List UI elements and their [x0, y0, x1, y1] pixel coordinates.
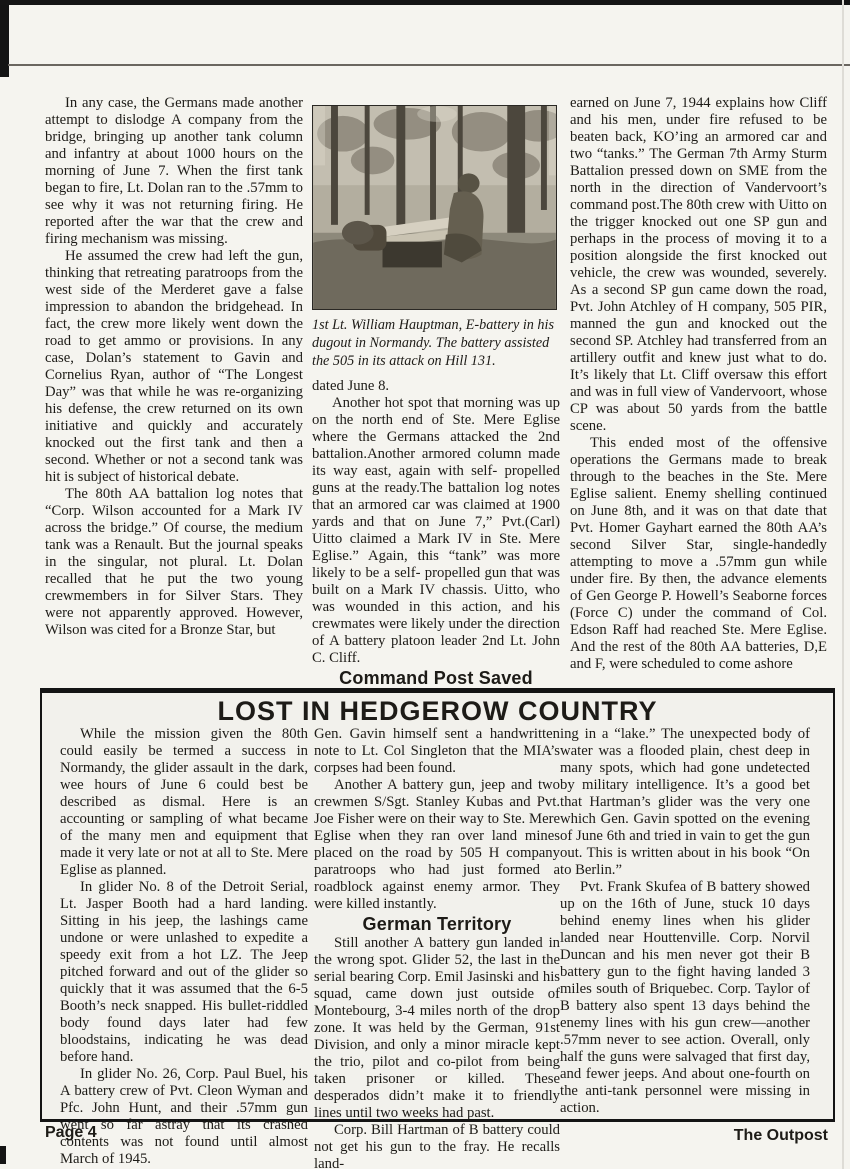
paragraph: In any case, the Germans made another at… — [45, 95, 303, 248]
photo-figure: 1st Lt. William Hauptman, E-battery in h… — [312, 105, 560, 370]
box-column-1: While the mission given the 80th could e… — [60, 726, 308, 1168]
newsletter-page-scan: { "article": { "col1": [ "In any case, t… — [0, 0, 850, 1169]
hedgerow-country-box: LOST IN HEDGEROW COUNTRY While the missi… — [40, 688, 835, 1122]
paragraph: In glider No. 8 of the Detroit Serial, L… — [60, 879, 308, 1066]
subhead-german-territory: German Territory — [314, 913, 560, 935]
paragraph: Another A battery gun, jeep and two crew… — [314, 777, 560, 913]
dugout-photo — [312, 105, 557, 310]
paragraph-continuation: dated June 8. — [312, 378, 560, 395]
paragraph: Still another A battery gun landed in th… — [314, 935, 560, 1122]
article-column-1: In any case, the Germans made another at… — [45, 95, 303, 639]
paragraph: Corp. Bill Hartman of B battery could no… — [314, 1122, 560, 1169]
paragraph: Pvt. Frank Skufea of B battery showed up… — [560, 879, 810, 1117]
box-column-3: ing in a “lake.” The unexpected body of … — [560, 726, 810, 1117]
article-column-3: earned on June 7, 1944 explains how Clif… — [570, 95, 827, 673]
publication-name: The Outpost — [570, 1127, 828, 1145]
paragraph: In glider No. 26, Corp. Paul Buel, his A… — [60, 1066, 308, 1168]
photo-caption: 1st Lt. William Hauptman, E-battery in h… — [312, 316, 560, 370]
paragraph: This ended most of the offensive operati… — [570, 435, 827, 673]
page-number: Page 4 — [45, 1124, 97, 1142]
subhead-command-post-saved: Command Post Saved — [312, 667, 560, 689]
paragraph: While the mission given the 80th could e… — [60, 726, 308, 879]
page-edge-shadow — [842, 0, 844, 1169]
header-rule — [8, 64, 850, 66]
scan-left-border — [0, 5, 9, 77]
paragraph: Another hot spot that morning was up on … — [312, 395, 560, 667]
paragraph: The 80th AA battalion log notes that “Co… — [45, 486, 303, 639]
scan-top-border — [0, 0, 850, 5]
scan-left-notch — [0, 1146, 6, 1164]
paragraph-continuation: Gen. Gavin himself sent a handwritten no… — [314, 726, 560, 777]
paragraph: He assumed the crew had left the gun, th… — [45, 248, 303, 486]
paragraph-continuation: earned on June 7, 1944 explains how Clif… — [570, 95, 827, 435]
box-title: LOST IN HEDGEROW COUNTRY — [42, 696, 833, 727]
paragraph-continuation: ing in a “lake.” The unexpected body of … — [560, 726, 810, 879]
article-column-2: 1st Lt. William Hauptman, E-battery in h… — [312, 105, 560, 706]
box-column-2: Gen. Gavin himself sent a handwritten no… — [314, 726, 560, 1169]
